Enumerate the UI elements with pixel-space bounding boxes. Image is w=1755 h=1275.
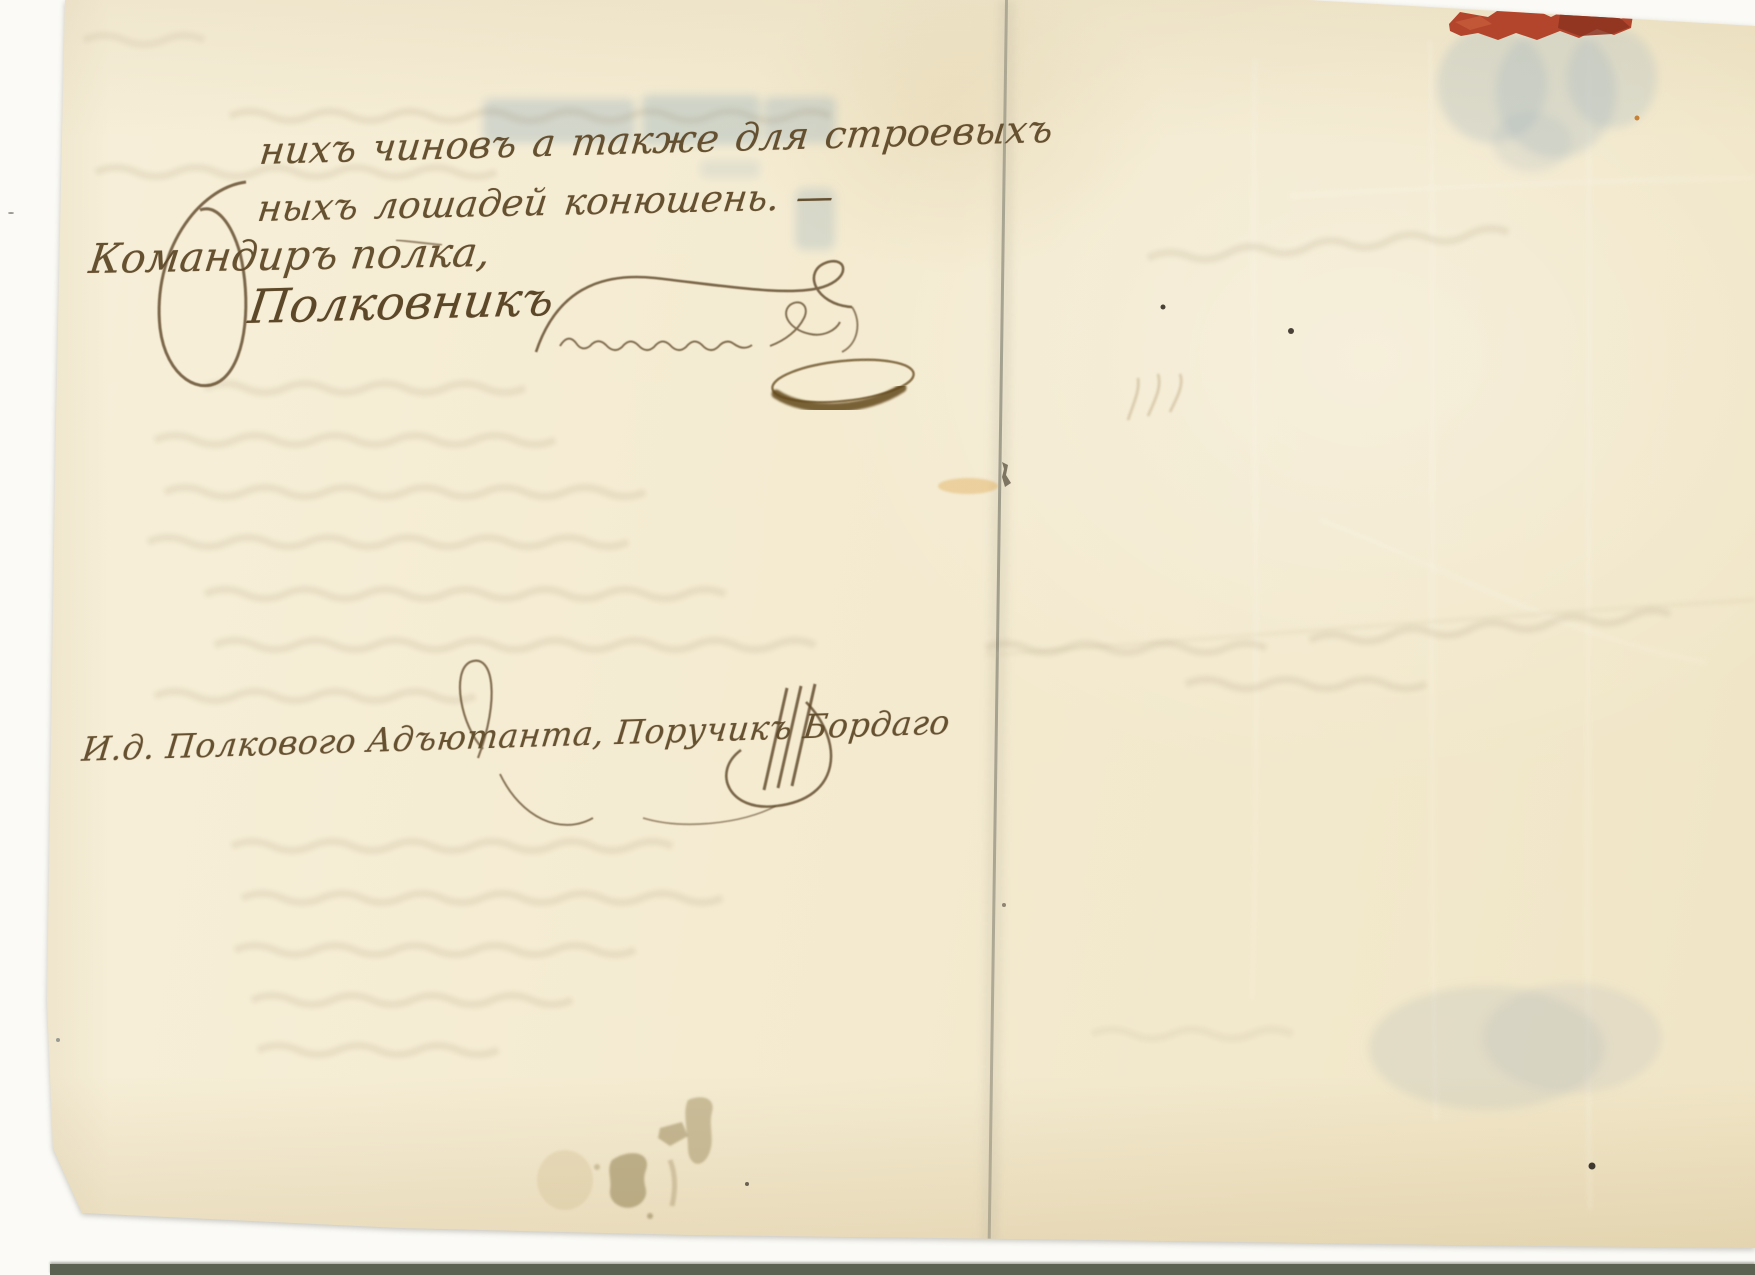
bottom-smudges bbox=[537, 1097, 713, 1219]
ornamental-flourish bbox=[159, 182, 246, 386]
margin-speck-1 bbox=[56, 1038, 60, 1042]
handwriting-line-rank: Полковникъ bbox=[245, 275, 556, 332]
paper-sheet: нихъ чиновъ а также для строевыхъ ныхъ л… bbox=[0, 0, 1755, 1275]
ink-specks bbox=[745, 116, 1640, 1187]
handwriting-line-adjutant: И.д. Полкового Адъютанта, Поручикъ Борда… bbox=[80, 706, 952, 768]
horizontal-crease bbox=[985, 600, 1755, 655]
crease-highlights bbox=[1252, 30, 1755, 1210]
commander-signature-flourish bbox=[536, 261, 857, 352]
document-scan: нихъ чиновъ а также для строевыхъ ныхъ л… bbox=[0, 0, 1755, 1275]
wax-seal-remnant bbox=[1449, 9, 1633, 40]
handwriting-line-2: ныхъ лошадей конюшень. — bbox=[255, 178, 835, 229]
paper-shadow: нихъ чиновъ а также для строевыхъ ныхъ л… bbox=[0, 0, 1755, 1275]
ink-blot bbox=[770, 354, 915, 409]
faint-number-mark bbox=[1128, 374, 1181, 420]
scanner-edge-band bbox=[50, 1264, 1755, 1275]
margin-speck-2 bbox=[8, 212, 14, 214]
corner-stain-bottom-right bbox=[1369, 983, 1662, 1110]
seal-ghost-stain bbox=[1437, 26, 1657, 172]
handwriting-line-1: нихъ чиновъ а также для строевыхъ bbox=[258, 110, 1055, 172]
handwriting-line-closing: Командиръ полка, bbox=[87, 231, 493, 281]
